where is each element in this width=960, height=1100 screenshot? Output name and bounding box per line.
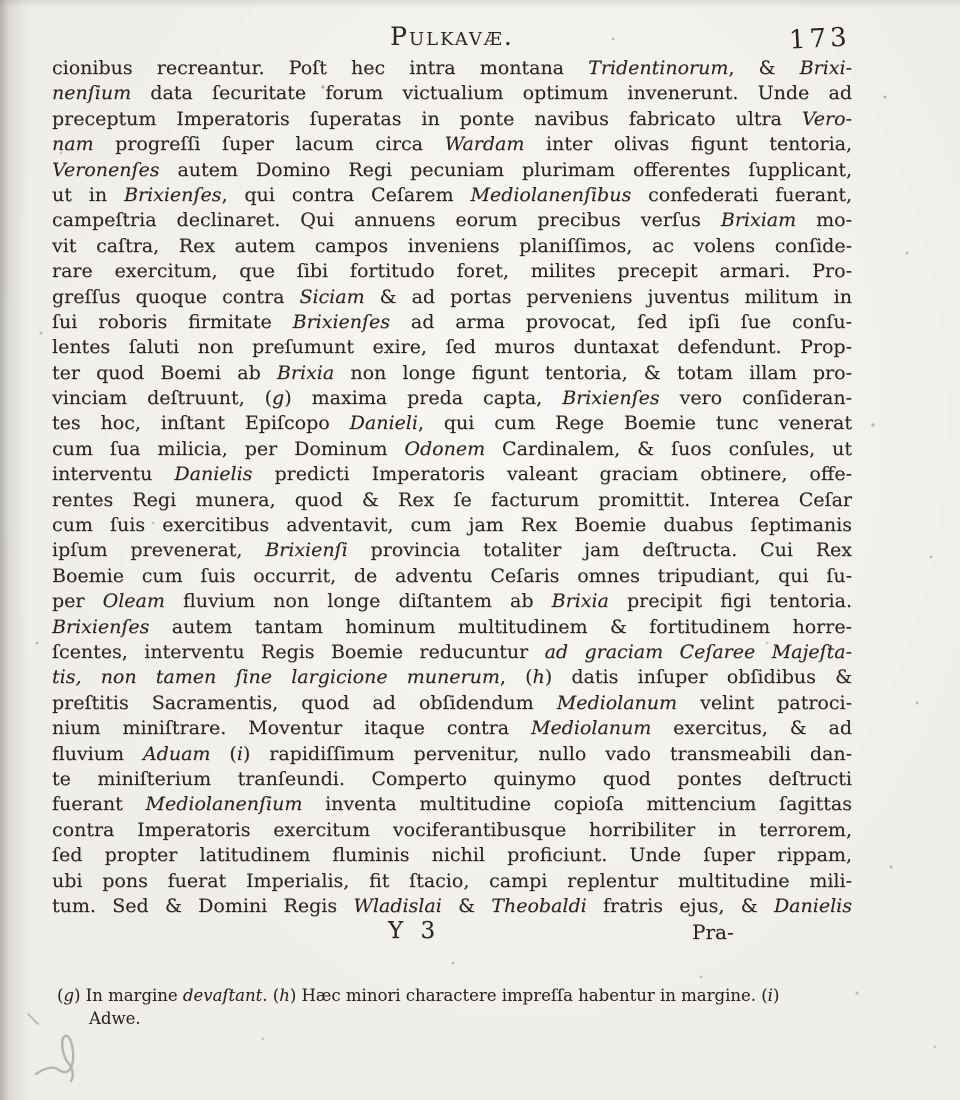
text-line: ubi pons fuerat Imperialis, fit ſtacio, … — [52, 869, 852, 894]
text-line: cionibus recreantur. Poſt hec intra mont… — [52, 56, 852, 81]
text-line: Brixienſes autem tantam hominum multitud… — [52, 615, 852, 640]
scan-speckles — [0, 0, 2, 2]
text-line: greſſus quoque contra Siciam & ad portas… — [52, 285, 852, 310]
text-line: rentes Regi munera, quod & Rex ſe factur… — [52, 488, 852, 513]
footnote-line: Adwe. — [89, 1007, 862, 1030]
text-line: lentes ſaluti non preſumunt exire, ſed m… — [52, 335, 852, 360]
text-line: tes hoc, inſtant Epiſcopo Danieli, qui c… — [52, 411, 852, 436]
text-line: ut in Brixienſes, qui contra Ceſarem Med… — [52, 183, 852, 208]
text-line: ſcentes, interventu Regis Boemie reducun… — [52, 640, 852, 665]
catchword: Pra- — [692, 920, 734, 944]
text-line: tum. Sed & Domini Regis Wladislai & Theo… — [52, 894, 852, 919]
page-top-shadow — [0, 0, 960, 8]
footnotes: (g) In margine devaſtant. (h) Hæc minori… — [57, 984, 862, 1030]
signature-mark: Y 3 — [388, 918, 440, 944]
text-line: te miniſterium tranſeundi. Comperto quin… — [52, 767, 852, 792]
text-line: ſed propter latitudinem fluminis nichil … — [52, 843, 852, 868]
text-line: contra Imperatoris exercitum vociferanti… — [52, 818, 852, 843]
text-line: ter quod Boemi ab Brixia non longe figun… — [52, 361, 852, 386]
text-line: cum ſuis exercitibus adventavit, cum jam… — [52, 513, 852, 538]
text-line: vit caſtra, Rex autem campos inveniens p… — [52, 234, 852, 259]
text-line: nenſium data ſecuritate forum victualium… — [52, 81, 852, 106]
text-line: interventu Danielis predicti Imperatoris… — [52, 462, 852, 487]
text-line: fluvium Aduam (i) rapidiſſimum pervenitu… — [52, 742, 852, 767]
body-text: cionibus recreantur. Poſt hec intra mont… — [52, 56, 852, 919]
page-edge-shadow — [0, 0, 28, 1100]
text-line: nam progreſſi ſuper lacum circa Wardam i… — [52, 132, 852, 157]
text-line: ipſum prevenerat, Brixienſi provincia to… — [52, 538, 852, 563]
text-line: Boemie cum ſuis occurrit, de adventu Ceſ… — [52, 564, 852, 589]
text-line: nium miniſtrare. Moventur itaque contra … — [52, 716, 852, 741]
text-line: rare exercitum, que ſibi fortitudo foret… — [52, 259, 852, 284]
text-line: fuerant Mediolanenſium inventa multitudi… — [52, 792, 852, 817]
page-number: 173 — [788, 22, 851, 55]
text-line: cum ſua milicia, per Dominum Odonem Card… — [52, 437, 852, 462]
text-line: preceptum Imperatoris ſuperatas in ponte… — [52, 107, 852, 132]
footnote-line: (g) In margine devaſtant. (h) Hæc minori… — [57, 984, 862, 1007]
scanned-page: Pulkavæ. 173 cionibus recreantur. Poſt h… — [0, 0, 960, 1100]
text-line: preſtitis Sacramentis, quod ad obſidendu… — [52, 691, 852, 716]
text-line: tis, non tamen ſine largicione munerum, … — [52, 665, 852, 690]
text-line: ſui roboris firmitate Brixienſes ad arma… — [52, 310, 852, 335]
text-line: per Oleam fluvium non longe diſtantem ab… — [52, 589, 852, 614]
running-title: Pulkavæ. — [52, 22, 852, 51]
text-line: vinciam deſtruunt, (g) maxima preda capt… — [52, 386, 852, 411]
text-line: Veronenſes autem Domino Regi pecuniam pl… — [52, 158, 852, 183]
text-line: campeſtria declinaret. Qui annuens eorum… — [52, 208, 852, 233]
